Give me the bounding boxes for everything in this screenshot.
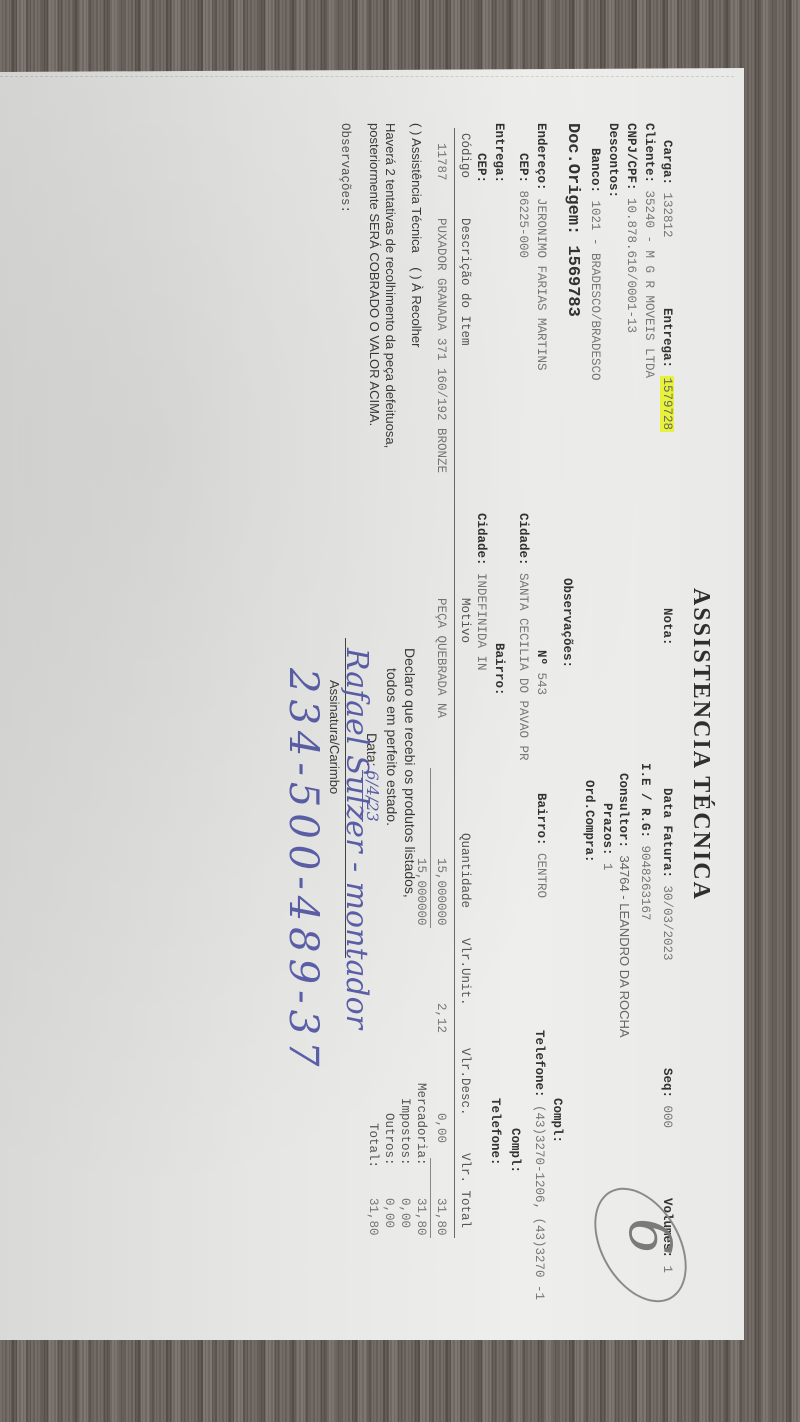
cliente-label: Cliente: <box>642 123 656 183</box>
footer-observacoes-label: Observações: <box>338 123 352 213</box>
entrega-field: Entrega: 1579728 <box>660 308 674 432</box>
quantity-rule <box>430 768 431 928</box>
total-rule <box>430 1158 431 1238</box>
impostos-value: 0,00 <box>398 1198 412 1228</box>
data-fatura-field: Data Fatura: 30/03/2023 <box>660 788 674 961</box>
endereco-label: Endereço: <box>534 123 548 191</box>
delivery-cep-label: CEP: <box>474 153 488 183</box>
delivery-cidade-label: Cidade: <box>474 513 488 566</box>
impostos-label: Impostos: <box>398 1098 412 1166</box>
circled-mark-digit: 6 <box>616 1218 684 1255</box>
consultor-value: 34764 - LEANDRO DA ROCHA <box>617 856 632 1038</box>
delivery-telefone-field: Telefone: <box>488 1098 502 1166</box>
carga-value: 132812 <box>660 193 674 238</box>
delivery-entrega-label: Entrega: <box>492 123 506 183</box>
descontos-label: Descontos: <box>606 123 620 198</box>
cliente-field: Cliente: 35240 - M G R MOVEIS LTDA <box>642 123 656 378</box>
delivery-cidade-field: Cidade: INDEFINIDA IN <box>474 513 488 671</box>
cidade-value: SANTA CECILIA DO PAVAO PR <box>516 573 530 761</box>
nota-label: Nota: <box>660 608 674 646</box>
bairro-label: Bairro: <box>534 793 548 846</box>
entrega-label: Entrega: <box>660 308 674 368</box>
banco-field: Banco: 1021 - BRADESCO/BRADESCO <box>588 148 602 381</box>
col-vlr-total: Vlr. Total <box>458 1153 472 1228</box>
nota-field: Nota: <box>660 608 674 646</box>
perforation-edge <box>0 76 734 77</box>
data-fatura-value: 30/03/2023 <box>660 886 674 961</box>
doc-origem-field: Doc.Origem: 1569783 <box>563 123 582 317</box>
prazos-field: Prazos: 1 <box>600 803 614 871</box>
delivery-cidade-value: INDEFINIDA IN <box>474 573 488 671</box>
seq-value: 000 <box>660 1106 674 1129</box>
cidade-label: Cidade: <box>516 513 530 566</box>
item-vlr-total: 31,80 <box>434 1198 448 1236</box>
cep-field: CEP: 86225-000 <box>516 153 530 258</box>
numero-field: Nº 543 <box>534 650 548 695</box>
notice-line-2: posteriormente SERÁ COBRADO O VALOR ACIM… <box>367 123 382 426</box>
compl-label: Compl: <box>550 1098 564 1143</box>
ord-compra-label: Ord.Compra: <box>582 780 596 863</box>
item-motivo: PEÇA QUEBRADA NA <box>434 598 448 718</box>
notice-line-1: Haverá 2 tentativas de recolhimento da p… <box>383 123 398 448</box>
banco-value: 1021 - BRADESCO/BRADESCO <box>588 201 602 381</box>
col-motivo: Motivo <box>458 598 472 643</box>
total-value: 31,80 <box>366 1198 380 1236</box>
cliente-value: 35240 - M G R MOVEIS LTDA <box>642 191 656 379</box>
col-codigo: Código <box>458 133 472 178</box>
handwritten-number: 234-500-489-37 <box>280 668 326 1073</box>
banco-label: Banco: <box>588 148 602 193</box>
delivery-bairro-field: Bairro: <box>492 643 506 696</box>
cep-label: CEP: <box>516 153 530 183</box>
delivery-compl-field: Compl: <box>508 1128 522 1173</box>
document-title: ASSISTENCIA TÉCNICA <box>687 588 714 901</box>
col-vlr-desc: Vlr.Desc. <box>458 1048 472 1116</box>
numero-value: 543 <box>534 673 548 696</box>
ord-compra-field: Ord.Compra: <box>582 780 596 863</box>
table-header-rule <box>454 128 455 1238</box>
telefone-label: Telefone: <box>532 1030 546 1098</box>
signature-label: Assinatura/Carimbo <box>327 680 342 794</box>
cnpj-field: CNPJ/CPF: 10.878.616/0001-13 <box>624 123 638 333</box>
cep-value: 86225-000 <box>516 191 530 259</box>
item-quantidade: 15,000000 <box>434 858 448 926</box>
observacoes-field: Observações: <box>560 578 574 668</box>
seq-label: Seq: <box>660 1068 674 1098</box>
mercadoria-label: Mercadoria: <box>414 1083 428 1166</box>
outros-value: 0,00 <box>382 1198 396 1228</box>
cnpj-label: CNPJ/CPF: <box>624 123 638 191</box>
prazos-value: 1 <box>600 863 614 871</box>
mercadoria-value: 31,80 <box>414 1198 428 1236</box>
carga-label: Carga: <box>660 140 674 185</box>
descontos-field: Descontos: <box>606 123 620 198</box>
bairro-value: CENTRO <box>534 853 548 898</box>
consultor-label: Consultor: <box>616 773 630 848</box>
col-descricao: Descrição do Item <box>458 218 472 346</box>
delivery-telefone-label: Telefone: <box>488 1098 502 1166</box>
col-quantidade: Quantidade <box>458 833 472 908</box>
prazos-label: Prazos: <box>600 803 614 856</box>
carga-field: Carga: 132812 <box>660 140 674 238</box>
delivery-entrega-field: Entrega: <box>492 123 506 183</box>
item-vlr-desc: 0,00 <box>434 1113 448 1143</box>
declaration-line-1: Declaro que recebi os produtos listados, <box>402 648 418 898</box>
total-label: Total: <box>366 1123 380 1168</box>
item-vlr-unit: 2,12 <box>434 1003 448 1033</box>
ie-rg-label: I.E / R.G: <box>638 763 652 838</box>
endereco-field: Endereço: JERONIMO FARIAS MARTINS <box>534 123 548 371</box>
consultor-field: Consultor: 34764 - LEANDRO DA ROCHA <box>616 773 632 1038</box>
doc-origem-label: Doc.Origem: <box>563 123 582 235</box>
assistencia-option: ( ) Assistência Técnica <box>409 123 424 253</box>
ie-rg-value: 9048263167 <box>638 846 652 921</box>
declaration-line-2: todos em perfeito estado. <box>384 668 400 826</box>
signature-handwritten: Rafael Sulzer - montador <box>339 648 374 1029</box>
bairro-field: Bairro: CENTRO <box>534 793 548 898</box>
seq-field: Seq: 000 <box>660 1068 674 1128</box>
telefone-value: (43)3270-1206, (43)3270 -1 <box>532 1105 546 1300</box>
delivery-compl-label: Compl: <box>508 1128 522 1173</box>
ie-rg-field: I.E / R.G: 9048263167 <box>638 763 652 921</box>
entrega-value-highlighted: 1579728 <box>660 376 674 433</box>
item-codigo: 11787 <box>434 143 448 181</box>
paper-sheet: ASSISTENCIA TÉCNICA Carga: 132812 Entreg… <box>0 68 744 1340</box>
cnpj-value: 10.878.616/0001-13 <box>624 198 638 333</box>
compl-field: Compl: <box>550 1098 564 1143</box>
option-checkboxes: ( ) Assistência Técnica ( ) À Recolher <box>409 123 424 347</box>
telefone-field: Telefone: (43)3270-1206, (43)3270 -1 <box>532 1030 546 1300</box>
cidade-field: Cidade: SANTA CECILIA DO PAVAO PR <box>516 513 530 761</box>
assistencia-tecnica-document: ASSISTENCIA TÉCNICA Carga: 132812 Entreg… <box>0 68 744 1340</box>
outros-label: Outros: <box>382 1113 396 1166</box>
data-fatura-label: Data Fatura: <box>660 788 674 878</box>
endereco-value: JERONIMO FARIAS MARTINS <box>534 198 548 371</box>
observacoes-label: Observações: <box>560 578 574 668</box>
numero-label: Nº <box>534 650 548 665</box>
delivery-cep-field: CEP: <box>474 153 488 183</box>
recolher-option: ( ) À Recolher <box>409 267 424 347</box>
delivery-bairro-label: Bairro: <box>492 643 506 696</box>
col-vlr-unit: Vlr.Unit. <box>458 938 472 1006</box>
item-descricao: PUXADOR GRANADA 371 160/192 BRONZE <box>434 218 448 473</box>
doc-origem-value: 1569783 <box>563 245 582 316</box>
